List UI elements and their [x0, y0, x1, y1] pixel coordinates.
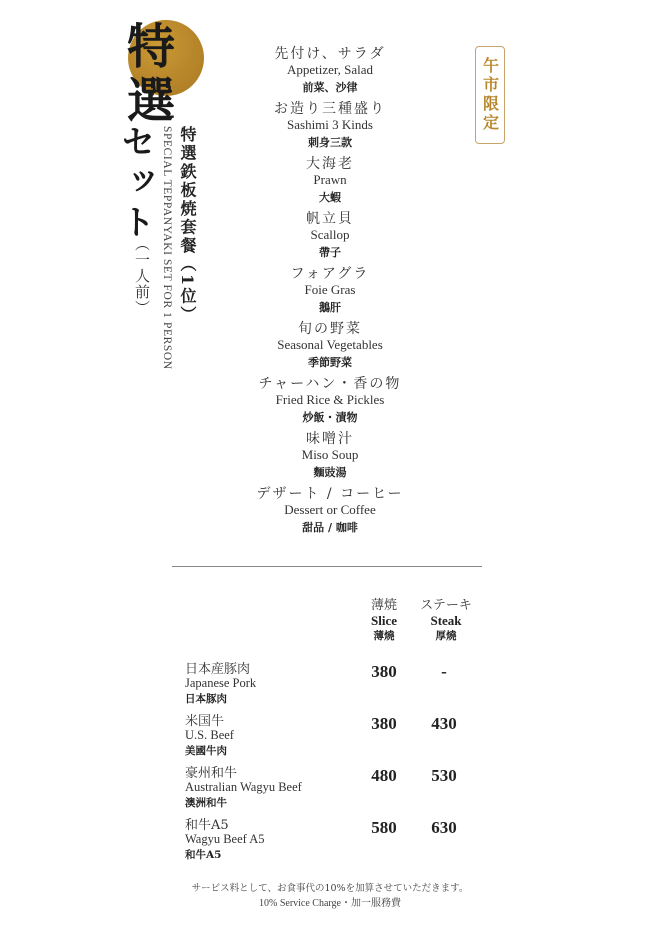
meat-en: Wagyu Beef A5	[185, 833, 265, 846]
course-en: Dessert or Coffee	[230, 503, 430, 517]
course-zh: 刺身三款	[230, 132, 430, 153]
price-row: 米国牛 U.S. Beef 美國牛肉 380 430	[185, 714, 485, 766]
course-jp: 大海老	[230, 156, 430, 173]
course-en: Sashimi 3 Kinds	[230, 118, 430, 132]
meat-zh: 和牛A5	[185, 846, 265, 865]
course-item: フォアグラ Foie Gras 鵝肝	[230, 266, 430, 321]
course-jp: 味噌汁	[230, 431, 430, 448]
price-row: 和牛A5 Wagyu Beef A5 和牛A5 580 630	[185, 818, 485, 870]
course-item: お造り三種盛り Sashimi 3 Kinds 刺身三款	[230, 101, 430, 156]
price-steak: 630	[414, 818, 474, 838]
subtitle-jp: 特選鉄板焼套餐（1位）	[176, 126, 199, 325]
course-en: Fried Rice & Pickles	[230, 393, 430, 407]
course-jp: デザート / コーヒー	[230, 486, 430, 503]
course-en: Miso Soup	[230, 448, 430, 462]
service-charge-note: サービス料として、お食事代の10%を加算させていただきます。 10% Servi…	[150, 881, 510, 911]
course-zh: 甜品 / 咖啡	[230, 517, 430, 538]
lunch-limited-badge: 午市限定	[475, 46, 505, 144]
meat-en: Australian Wagyu Beef	[185, 781, 302, 794]
service-charge-en: 10% Service Charge・加一服務費	[150, 896, 510, 911]
course-en: Scallop	[230, 228, 430, 242]
price-steak: 430	[414, 714, 474, 734]
course-zh: 炒飯・漬物	[230, 407, 430, 428]
title-per-person: （一人前）	[133, 236, 153, 316]
menu-title: 特 選	[121, 20, 181, 128]
column-zh: 厚燒	[411, 628, 481, 645]
course-item: 味噌汁 Miso Soup 麵豉湯	[230, 431, 430, 486]
course-zh: 鵝肝	[230, 297, 430, 318]
course-zh: 大蝦	[230, 187, 430, 208]
course-en: Prawn	[230, 173, 430, 187]
course-item: デザート / コーヒー Dessert or Coffee 甜品 / 咖啡	[230, 486, 430, 541]
course-item: 帆立貝 Scallop 帶子	[230, 211, 430, 266]
course-zh: 麵豉湯	[230, 462, 430, 483]
price-row: 日本産豚肉 Japanese Pork 日本豚肉 380 -	[185, 662, 485, 714]
meat-jp: 和牛A5	[185, 818, 265, 833]
price-row: 豪州和牛 Australian Wagyu Beef 澳洲和牛 480 530	[185, 766, 485, 818]
course-jp: 先付け、サラダ	[230, 46, 430, 63]
column-header-slice: 薄焼 Slice 薄燒	[349, 598, 419, 645]
column-en: Slice	[349, 613, 419, 628]
title-char-2: 選	[121, 74, 181, 128]
column-en: Steak	[411, 613, 481, 628]
meat-name: 米国牛 U.S. Beef 美國牛肉	[185, 714, 234, 761]
course-en: Seasonal Vegetables	[230, 338, 430, 352]
column-zh: 薄燒	[349, 628, 419, 645]
meat-en: Japanese Pork	[185, 677, 256, 690]
course-zh: 前菜、沙律	[230, 77, 430, 98]
meat-name: 日本産豚肉 Japanese Pork 日本豚肉	[185, 662, 256, 709]
course-zh: 帶子	[230, 242, 430, 263]
course-en: Appetizer, Salad	[230, 63, 430, 77]
subtitle-en: SPECIAL TEPPANYAKI SET FOR 1 PERSON	[161, 126, 173, 370]
price-slice: 480	[354, 766, 414, 786]
course-list: 先付け、サラダ Appetizer, Salad 前菜、沙律 お造り三種盛り S…	[230, 46, 430, 541]
course-jp: お造り三種盛り	[230, 101, 430, 118]
price-slice: 380	[354, 662, 414, 682]
price-steak: -	[414, 662, 474, 682]
course-jp: 旬の野菜	[230, 321, 430, 338]
title-set: セット	[124, 124, 160, 244]
course-jp: 帆立貝	[230, 211, 430, 228]
course-item: チャーハン・香の物 Fried Rice & Pickles 炒飯・漬物	[230, 376, 430, 431]
section-divider	[172, 566, 482, 567]
course-en: Foie Gras	[230, 283, 430, 297]
service-charge-jp: サービス料として、お食事代の10%を加算させていただきます。	[150, 881, 510, 896]
title-char-1: 特	[121, 20, 181, 74]
price-steak: 530	[414, 766, 474, 786]
meat-jp: 米国牛	[185, 714, 234, 729]
price-slice: 380	[354, 714, 414, 734]
meat-name: 和牛A5 Wagyu Beef A5 和牛A5	[185, 818, 265, 865]
course-zh: 季節野菜	[230, 352, 430, 373]
meat-jp: 豪州和牛	[185, 766, 302, 781]
meat-jp: 日本産豚肉	[185, 662, 256, 677]
course-item: 先付け、サラダ Appetizer, Salad 前菜、沙律	[230, 46, 430, 101]
course-jp: チャーハン・香の物	[230, 376, 430, 393]
course-item: 旬の野菜 Seasonal Vegetables 季節野菜	[230, 321, 430, 376]
meat-zh: 日本豚肉	[185, 690, 256, 709]
meat-en: U.S. Beef	[185, 729, 234, 742]
meat-zh: 澳洲和牛	[185, 794, 302, 813]
course-jp: フォアグラ	[230, 266, 430, 283]
meat-name: 豪州和牛 Australian Wagyu Beef 澳洲和牛	[185, 766, 302, 813]
column-header-steak: ステーキ Steak 厚燒	[411, 598, 481, 645]
course-item: 大海老 Prawn 大蝦	[230, 156, 430, 211]
column-jp: ステーキ	[411, 598, 481, 613]
column-jp: 薄焼	[349, 598, 419, 613]
meat-zh: 美國牛肉	[185, 742, 234, 761]
price-slice: 580	[354, 818, 414, 838]
